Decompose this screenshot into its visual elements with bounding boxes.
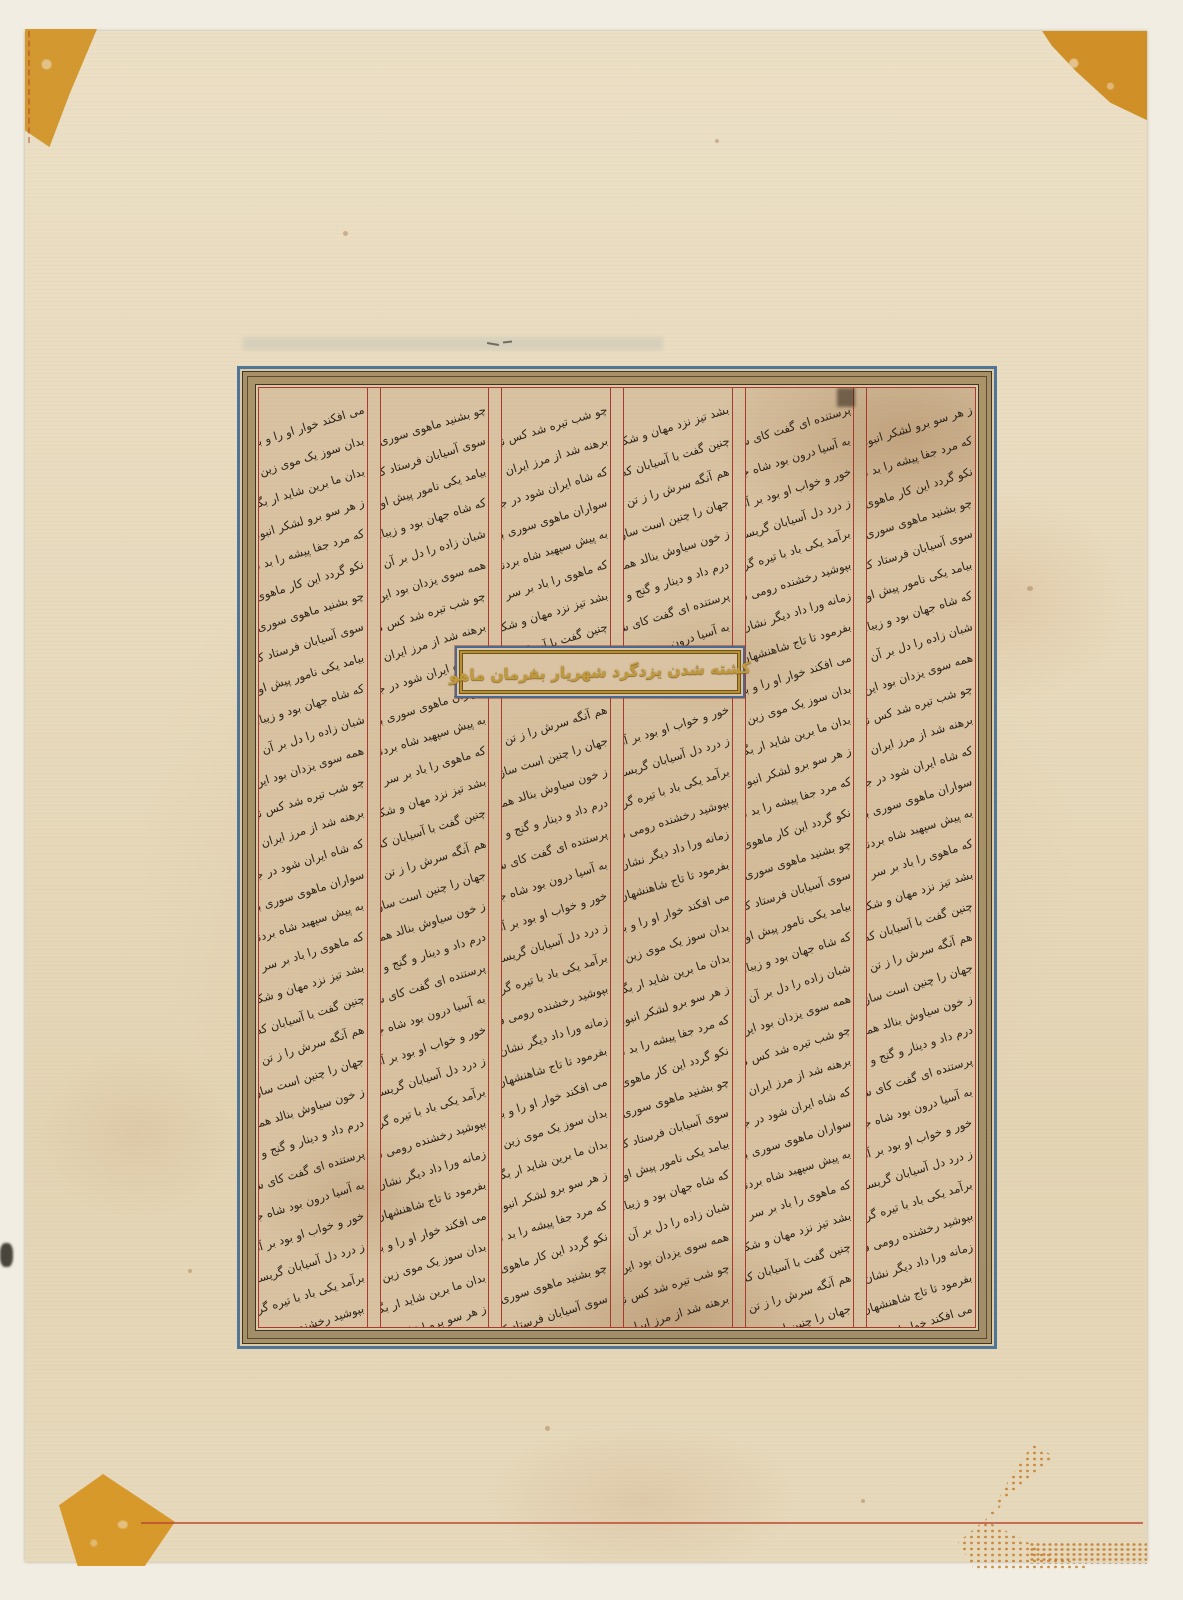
manuscript-line: درم داد و دینار و گنج و سپاه [624, 547, 732, 578]
manuscript-line: بفرمود تا تاج شاهنشهان [381, 1167, 489, 1198]
manuscript-line: بفرمود تا تاج شاهنشهان [502, 1033, 610, 1064]
manuscript-line: جهان را چنین است ساز و نهاد [746, 1291, 854, 1322]
manuscript-line: به آسیا درون بود شاه جهان [502, 847, 610, 878]
manuscript-line: خور و خواب او بود بر آذرش [502, 878, 610, 909]
manuscript-line: به آسیا درون بود شاه جهان [624, 609, 732, 640]
manuscript-line: چو بشنید ماهوی سوری سپاه [381, 392, 489, 423]
manuscript-line: بدان ما برین شاید ار بگریست [502, 1126, 610, 1157]
manuscript-line: ز درد دل آسیابان گریست [381, 1043, 489, 1074]
manuscript-line: زمانه ورا داد دیگر نشان [746, 578, 854, 609]
manuscript-line: برهنه شد از مرز ایران زمین [746, 1043, 854, 1074]
manuscript-line: نکو گردد این کار ماهوی سور [502, 1219, 610, 1250]
manuscript-line: بدان سوز یک موی زین کس ندید [746, 671, 854, 702]
manuscript-line: که شاه جهان بود و زیبای گاه [624, 1157, 732, 1188]
manuscript-line: برآمد یکی باد با تیره گرد [746, 516, 854, 547]
manuscript-line: که ماهوی را باد بر سر همین [259, 919, 367, 950]
manuscript-line: شبان زاده را دل بر آن خیره بود [624, 1188, 732, 1219]
manuscript-line: بشد تیز نزد مهان و شکار [867, 857, 975, 888]
manuscript-line: که شاه ایران شود در جهان [502, 454, 610, 485]
manuscript-line: زمانه ورا داد دیگر نشان [624, 816, 732, 847]
manuscript-line: بیامد یکی نامور پیش اوی [624, 1126, 732, 1157]
column-divider [610, 388, 624, 1327]
cartouche-gold-frame: کشته شدن یزدگرد شهریار بفرمان ماهو [460, 651, 740, 693]
manuscript-line: درم داد و دینار و گنج و سپاه [259, 1105, 367, 1136]
ink-blot [837, 388, 855, 407]
bottom-margin-rule [141, 1522, 1143, 1524]
manuscript-line: برآمد یکی باد با تیره گرد [381, 1074, 489, 1105]
manuscript-line: پرستنده ای گفت کای شهریار [624, 578, 732, 609]
manuscript-line: بفرمود تا تاج شاهنشهان [624, 847, 732, 878]
edge-ink-smudge [0, 1243, 13, 1267]
manuscript-line: جهان را چنین است ساز و نهاد [867, 950, 975, 981]
manuscript-line: برآمد یکی باد با تیره گرد [867, 1167, 975, 1198]
manuscript-line: بپوشید رخشنده رومی قبای [502, 971, 610, 1002]
manuscript-line: همه سوی یزدان بود این سخن [867, 640, 975, 671]
manuscript-line: هم آنگه سرش را ز تن دور کرد [381, 826, 489, 857]
manuscript-line: همه سوی یزدان بود این سخن [381, 547, 489, 578]
chapter-heading-text: کشته شدن یزدگرد شهریار بفرمان ماهو [449, 659, 751, 685]
manuscript-line: چنین گفت با آسیابان که شاه [502, 609, 610, 640]
manuscript-line: بشد تیز نزد مهان و شکار [624, 392, 732, 423]
manuscript-line: به پیش سپهبد شاه بردند زود [381, 702, 489, 733]
manuscript-line: ز درد دل آسیابان گریست [867, 1136, 975, 1167]
manuscript-line: خور و خواب او بود بر آذرش [746, 454, 854, 485]
manuscript-line: شبان زاده را دل بر آن خیره بود [746, 950, 854, 981]
manuscript-line: چو شب تیره شد کس نیامد بدر [624, 1250, 732, 1281]
manuscript-line: بدان سوز یک موی زین کس ندید [381, 1229, 489, 1260]
manuscript-line: که ماهوی را باد بر سر همین [867, 826, 975, 857]
manuscript-line: ز هر سو برو لشکر انبوه کرد [381, 1291, 489, 1322]
manuscript-line: چنین گفت با آسیابان که شاه [259, 981, 367, 1012]
manuscript-line: ز هر سو برو لشکر انبوه کرد [502, 1157, 610, 1188]
manuscript-line: ز خون سیاوش بنالد همی [867, 981, 975, 1012]
manuscript-line: بپوشید رخشنده رومی قبای [259, 1291, 367, 1322]
manuscript-page: کشته شدن یزدگرد شهریار بفرمان ماهو می اف… [25, 31, 1147, 1562]
foxing-spot [1027, 586, 1033, 591]
manuscript-line: نکو گردد این کار ماهوی سور [624, 1033, 732, 1064]
manuscript-line: که مرد جفا پیشه را بد سزاست [259, 516, 367, 547]
manuscript-line: درم داد و دینار و گنج و سپاه [502, 785, 610, 816]
manuscript-line: چنین گفت با آسیابان که شاه [381, 795, 489, 826]
gold-ruled-border: کشته شدن یزدگرد شهریار بفرمان ماهو می اف… [242, 371, 992, 1344]
manuscript-line: خور و خواب او بود بر آذرش [381, 1012, 489, 1043]
text-column-4: بشد تیز نزد مهان و شکارچنین گفت با آسیاب… [624, 388, 732, 1327]
manuscript-line: برهنه شد از مرز ایران زمین [624, 1281, 732, 1312]
manuscript-line: برآمد یکی باد با تیره گرد [624, 754, 732, 785]
manuscript-line: جهان را چنین است ساز و نهاد [624, 485, 732, 516]
manuscript-line: جهان را چنین است ساز و نهاد [259, 1043, 367, 1074]
tape-stain-bottom-edge [1029, 1542, 1147, 1564]
manuscript-line: هم آنگه سرش را ز تن دور کرد [746, 1260, 854, 1291]
manuscript-line: به پیش سپهبد شاه بردند زود [259, 888, 367, 919]
manuscript-line: بدان ما برین شاید ار بگریست [746, 702, 854, 733]
manuscript-line: ز هر سو برو لشکر انبوه کرد [867, 392, 975, 423]
text-column-3: چو شب تیره شد کس نیامد بدربرهنه شد از مر… [502, 388, 610, 1327]
foxing-spot [188, 1269, 192, 1273]
manuscript-line: همه سوی یزدان بود این سخن [259, 733, 367, 764]
manuscript-line: ز خون سیاوش بنالد همی [381, 888, 489, 919]
manuscript-line: چو شب تیره شد کس نیامد بدر [502, 392, 610, 423]
manuscript-line: بپوشید رخشنده رومی قبای [746, 547, 854, 578]
manuscript-line: بیامد یکی نامور پیش اوی [381, 454, 489, 485]
manuscript-line: می افکند خوار او را و برمد [867, 1291, 975, 1322]
manuscript-line: ز درد دل آسیابان گریست [259, 1229, 367, 1260]
left-margin-rule [28, 31, 30, 143]
manuscript-line: که شاه جهان بود و زیبای گاه [259, 671, 367, 702]
manuscript-line: بدان سوز یک موی زین کس ندید [624, 909, 732, 940]
manuscript-line: به پیش سپهبد شاه بردند زود [867, 795, 975, 826]
manuscript-line: جهان را چنین است ساز و نهاد [502, 723, 610, 754]
manuscript-line: می افکند خوار او را و برمد [746, 640, 854, 671]
tape-stain-top-left [25, 29, 97, 147]
text-column-6-rightmost: ز هر سو برو لشکر انبوه کردکه مرد جفا پیش… [867, 388, 975, 1327]
manuscript-line: که شاه ایران شود در جهان [746, 1074, 854, 1105]
manuscript-line: شبان زاده را دل بر آن خیره بود [259, 702, 367, 733]
pigment-offset-smear [243, 337, 663, 350]
tape-stain-bottom-left [59, 1474, 175, 1566]
manuscript-line: به آسیا درون بود شاه جهان [259, 1167, 367, 1198]
manuscript-line: که شاه جهان بود و زیبای گاه [381, 485, 489, 516]
manuscript-line: چو بشنید ماهوی سوری سپاه [502, 1250, 610, 1281]
manuscript-line: بشد تیز نزد مهان و شکار [746, 1198, 854, 1229]
manuscript-line: شبان زاده را دل بر آن خیره بود [381, 516, 489, 547]
manuscript-line: چو بشنید ماهوی سوری سپاه [259, 578, 367, 609]
manuscript-line: به پیش سپهبد شاه بردند زود [746, 1136, 854, 1167]
manuscript-line: چو شب تیره شد کس نیامد بدر [381, 578, 489, 609]
manuscript-line: درم داد و دینار و گنج و سپاه [381, 919, 489, 950]
manuscript-line: برهنه شد از مرز ایران زمین [259, 795, 367, 826]
manuscript-line: جهان را چنین است ساز و نهاد [381, 857, 489, 888]
manuscript-line: زمانه ورا داد دیگر نشان [381, 1136, 489, 1167]
manuscript-line: چو شب تیره شد کس نیامد بدر [867, 671, 975, 702]
manuscript-line: ز درد دل آسیابان گریست [502, 909, 610, 940]
manuscript-line: ز هر سو برو لشکر انبوه کرد [746, 733, 854, 764]
manuscript-line: به پیش سپهبد شاه بردند زود [502, 516, 610, 547]
text-block: کشته شدن یزدگرد شهریار بفرمان ماهو می اف… [237, 366, 997, 1349]
manuscript-line: برهنه شد از مرز ایران زمین [381, 609, 489, 640]
manuscript-line: سوی آسیابان فرستاد کس [381, 423, 489, 454]
manuscript-line: بدان سوز یک موی زین کس ندید [502, 1095, 610, 1126]
manuscript-line: بدان سوز یک موی زین کس ندید [259, 423, 367, 454]
foxing-spot [545, 1426, 550, 1431]
manuscript-line: چو بشنید ماهوی سوری سپاه [746, 826, 854, 857]
manuscript-line: همه سوی یزدان بود این سخن [624, 1219, 732, 1250]
manuscript-line: بیامد یکی نامور پیش اوی [867, 547, 975, 578]
text-area: کشته شدن یزدگرد شهریار بفرمان ماهو می اف… [258, 387, 976, 1328]
manuscript-line: بفرمود تا تاج شاهنشهان [867, 1260, 975, 1291]
manuscript-line: ز درد دل آسیابان گریست [624, 723, 732, 754]
manuscript-line: ز هر سو برو لشکر انبوه کرد [259, 485, 367, 516]
manuscript-line: بدان ما برین شاید ار بگریست [259, 454, 367, 485]
manuscript-line: چو بشنید ماهوی سوری سپاه [624, 1064, 732, 1095]
manuscript-line: نکو گردد این کار ماهوی سور [746, 795, 854, 826]
manuscript-line: برآمد یکی باد با تیره گرد [502, 940, 610, 971]
manuscript-line: چو بشنید ماهوی سوری سپاه [867, 485, 975, 516]
manuscript-line: که مرد جفا پیشه را بد سزاست [746, 764, 854, 795]
manuscript-line: چنین گفت با آسیابان که شاه [867, 888, 975, 919]
manuscript-line: که مرد جفا پیشه را بد سزاست [624, 1002, 732, 1033]
text-column-1-leftmost: می افکند خوار او را و برمدبدان سوز یک مو… [259, 388, 367, 1327]
manuscript-line: که ماهوی را باد بر سر همین [746, 1167, 854, 1198]
manuscript-line: برهنه شد از مرز ایران زمین [502, 423, 610, 454]
manuscript-line: بپوشید رخشنده رومی قبای [867, 1198, 975, 1229]
manuscript-line: سواران ماهوی سوری براند [502, 485, 610, 516]
manuscript-line: هم آنگه سرش را ز تن دور کرد [867, 919, 975, 950]
manuscript-line: شبان زاده را دل بر آن خیره بود [867, 609, 975, 640]
manuscript-line: ز درد دل آسیابان گریست [746, 485, 854, 516]
foxing-spot [861, 1499, 865, 1503]
manuscript-line: که شاه ایران شود در جهان [867, 733, 975, 764]
manuscript-line: که شاه جهان بود و زیبای گاه [746, 919, 854, 950]
column-divider [488, 388, 502, 1327]
manuscript-line: که ماهوی را باد بر سر همین [502, 547, 610, 578]
inner-margin: کشته شدن یزدگرد شهریار بفرمان ماهو می اف… [255, 384, 979, 1331]
manuscript-line: همه سوی یزدان بود این سخن [746, 981, 854, 1012]
manuscript-line: سوی آسیابان فرستاد کس [259, 609, 367, 640]
manuscript-line: چو شب تیره شد کس نیامد بدر [259, 764, 367, 795]
manuscript-line: که مرد جفا پیشه را بد سزاست [867, 423, 975, 454]
foxing-spot [715, 139, 719, 143]
manuscript-line: که شاه ایران شود در جهان [259, 826, 367, 857]
manuscript-line: که ماهوی را باد بر سر همین [381, 733, 489, 764]
foxing-spot [343, 231, 348, 236]
text-column-5: پرستنده ای گفت کای شهریاربه آسیا درون بو… [746, 388, 854, 1327]
manuscript-line: می افکند خوار او را و برمد [624, 878, 732, 909]
manuscript-line: پرستنده ای گفت کای شهریار [259, 1136, 367, 1167]
manuscript-line: می افکند خوار او را و برمد [381, 1198, 489, 1229]
manuscript-line: چنین گفت با آسیابان که شاه [624, 423, 732, 454]
manuscript-line: می افکند خوار او را و برمد [259, 392, 367, 423]
manuscript-line: بشد تیز نزد مهان و شکار [381, 764, 489, 795]
manuscript-line: ز هر سو برو لشکر انبوه کرد [624, 971, 732, 1002]
manuscript-line: ز خون سیاوش بنالد همی [259, 1074, 367, 1105]
manuscript-line: درم داد و دینار و گنج و سپاه [867, 1012, 975, 1043]
manuscript-line: بفرمود تا تاج شاهنشهان [746, 609, 854, 640]
column-divider [853, 388, 867, 1327]
manuscript-line: بپوشید رخشنده رومی قبای [624, 785, 732, 816]
manuscript-line: پرستنده ای گفت کای شهریار [502, 816, 610, 847]
manuscript-line: سوی آسیابان فرستاد کس [502, 1281, 610, 1312]
manuscript-line: به آسیا درون بود شاه جهان [381, 981, 489, 1012]
manuscript-line: به آسیا درون بود شاه جهان [746, 423, 854, 454]
heading-cartouche: کشته شدن یزدگرد شهریار بفرمان ماهو [455, 646, 745, 698]
manuscript-line: چنین گفت با آسیابان که شاه [746, 1229, 854, 1260]
manuscript-line: سوی آسیابان فرستاد کس [867, 516, 975, 547]
column-divider [367, 388, 381, 1327]
manuscript-line: نکو گردد این کار ماهوی سور [867, 454, 975, 485]
manuscript-line: بدان ما برین شاید ار بگریست [624, 940, 732, 971]
manuscript-line: بشد تیز نزد مهان و شکار [259, 950, 367, 981]
manuscript-line: بیامد یکی نامور پیش اوی [259, 640, 367, 671]
manuscript-line: برهنه شد از مرز ایران زمین [867, 702, 975, 733]
manuscript-line: خور و خواب او بود بر آذرش [867, 1105, 975, 1136]
manuscript-line: پرستنده ای گفت کای شهریار [867, 1043, 975, 1074]
manuscript-line: برآمد یکی باد با تیره گرد [259, 1260, 367, 1291]
photograph-mat: کشته شدن یزدگرد شهریار بفرمان ماهو می اف… [0, 0, 1183, 1600]
manuscript-line: بدان ما برین شاید ار بگریست [381, 1260, 489, 1291]
manuscript-line: بپوشید رخشنده رومی قبای [381, 1105, 489, 1136]
manuscript-line: به آسیا درون بود شاه جهان [867, 1074, 975, 1105]
manuscript-line: بشد تیز نزد مهان و شکار [502, 578, 610, 609]
manuscript-line: زمانه ورا داد دیگر نشان [867, 1229, 975, 1260]
manuscript-line: سواران ماهوی سوری براند [746, 1105, 854, 1136]
column-divider [732, 388, 746, 1327]
manuscript-line: سوی آسیابان فرستاد کس [746, 857, 854, 888]
manuscript-line: خور و خواب او بود بر آذرش [259, 1198, 367, 1229]
manuscript-line: چو شب تیره شد کس نیامد بدر [746, 1012, 854, 1043]
manuscript-line: سواران ماهوی سوری براند [867, 764, 975, 795]
manuscript-line: سوی آسیابان فرستاد کس [624, 1095, 732, 1126]
manuscript-line: که شاه جهان بود و زیبای گاه [867, 578, 975, 609]
manuscript-line: پرستنده ای گفت کای شهریار [381, 950, 489, 981]
manuscript-line: زمانه ورا داد دیگر نشان [502, 1002, 610, 1033]
tape-stain-top-right [1025, 31, 1147, 123]
manuscript-line: سواران ماهوی سوری براند [259, 857, 367, 888]
manuscript-line: می افکند خوار او را و برمد [502, 1064, 610, 1095]
manuscript-line: نکو گردد این کار ماهوی سور [259, 547, 367, 578]
manuscript-line: بیامد یکی نامور پیش اوی [746, 888, 854, 919]
text-column-2: چو بشنید ماهوی سوری سپاهسوی آسیابان فرست… [381, 388, 489, 1327]
manuscript-line: هم آنگه سرش را ز تن دور کرد [259, 1012, 367, 1043]
manuscript-line: ز خون سیاوش بنالد همی [624, 516, 732, 547]
manuscript-line: هم آنگه سرش را ز تن دور کرد [624, 454, 732, 485]
manuscript-line: ز خون سیاوش بنالد همی [502, 754, 610, 785]
manuscript-line: که مرد جفا پیشه را بد سزاست [502, 1188, 610, 1219]
